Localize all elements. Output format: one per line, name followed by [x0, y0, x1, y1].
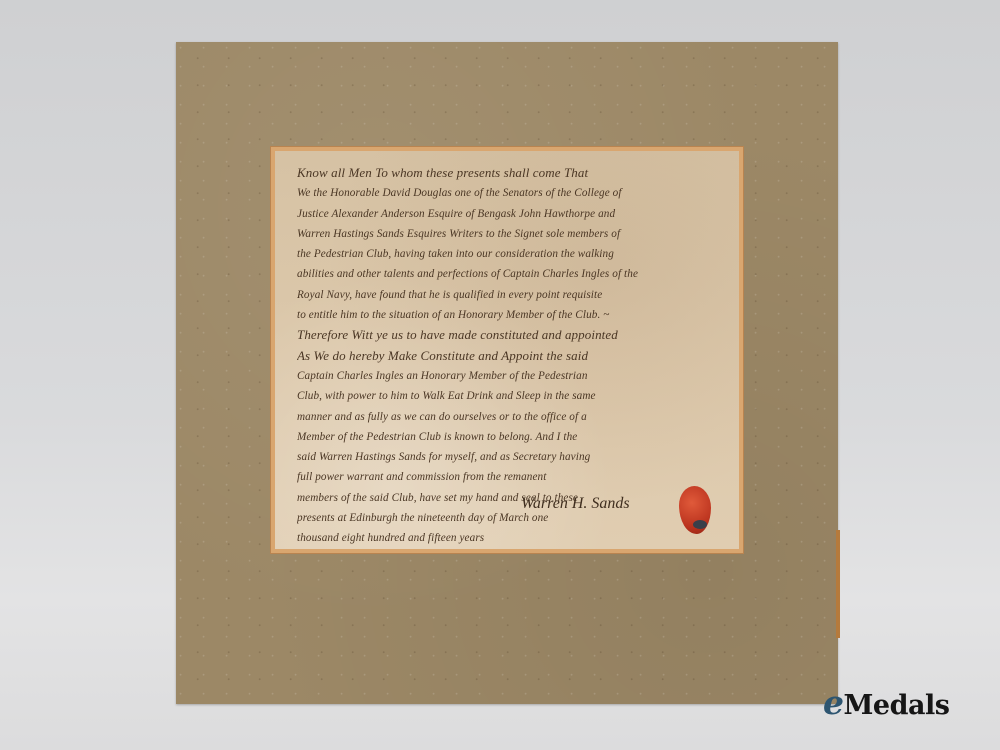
document-line: thousand eight hundred and fifteen years [297, 528, 727, 548]
document-line: Captain Charles Ingles an Honorary Membe… [297, 366, 727, 386]
document-line: Justice Alexander Anderson Esquire of Be… [297, 204, 727, 224]
document-line: members of the said Club, have set my ha… [297, 488, 727, 508]
emedals-watermark-logo: eMedals [823, 683, 949, 722]
document-line: said Warren Hastings Sands for myself, a… [297, 447, 727, 467]
logo-text: Medals [844, 690, 950, 721]
document-line: manner and as fully as we can do ourselv… [297, 407, 727, 427]
document-line: Member of the Pedestrian Club is known t… [297, 427, 727, 447]
document-line: to entitle him to the situation of an Ho… [297, 305, 727, 325]
document-line: presents at Edinburgh the nineteenth day… [297, 508, 727, 528]
handwritten-document: Know all Men To whom these presents shal… [275, 151, 739, 549]
document-line: abilities and other talents and perfecti… [297, 264, 727, 284]
logo-e: e [823, 683, 844, 722]
document-line: Know all Men To whom these presents shal… [297, 163, 727, 183]
document-line: Royal Navy, have found that he is qualif… [297, 285, 727, 305]
document-line: As We do hereby Make Constitute and Appo… [297, 346, 727, 366]
document-line: Club, with power to him to Walk Eat Drin… [297, 386, 727, 406]
signature: Warren H. Sands [521, 495, 630, 513]
document-line: We the Honorable David Douglas one of th… [297, 183, 727, 203]
document-line: the Pedestrian Club, having taken into o… [297, 244, 727, 264]
document-line: Therefore Witt ye us to have made consti… [297, 325, 727, 345]
seal-impression [693, 520, 707, 529]
document-line: full power warrant and commission from t… [297, 467, 727, 487]
document-text: Know all Men To whom these presents shal… [297, 163, 727, 549]
mat-torn-edge [836, 530, 840, 638]
document-line: Warren Hastings Sands Esquires Writers t… [297, 224, 727, 244]
